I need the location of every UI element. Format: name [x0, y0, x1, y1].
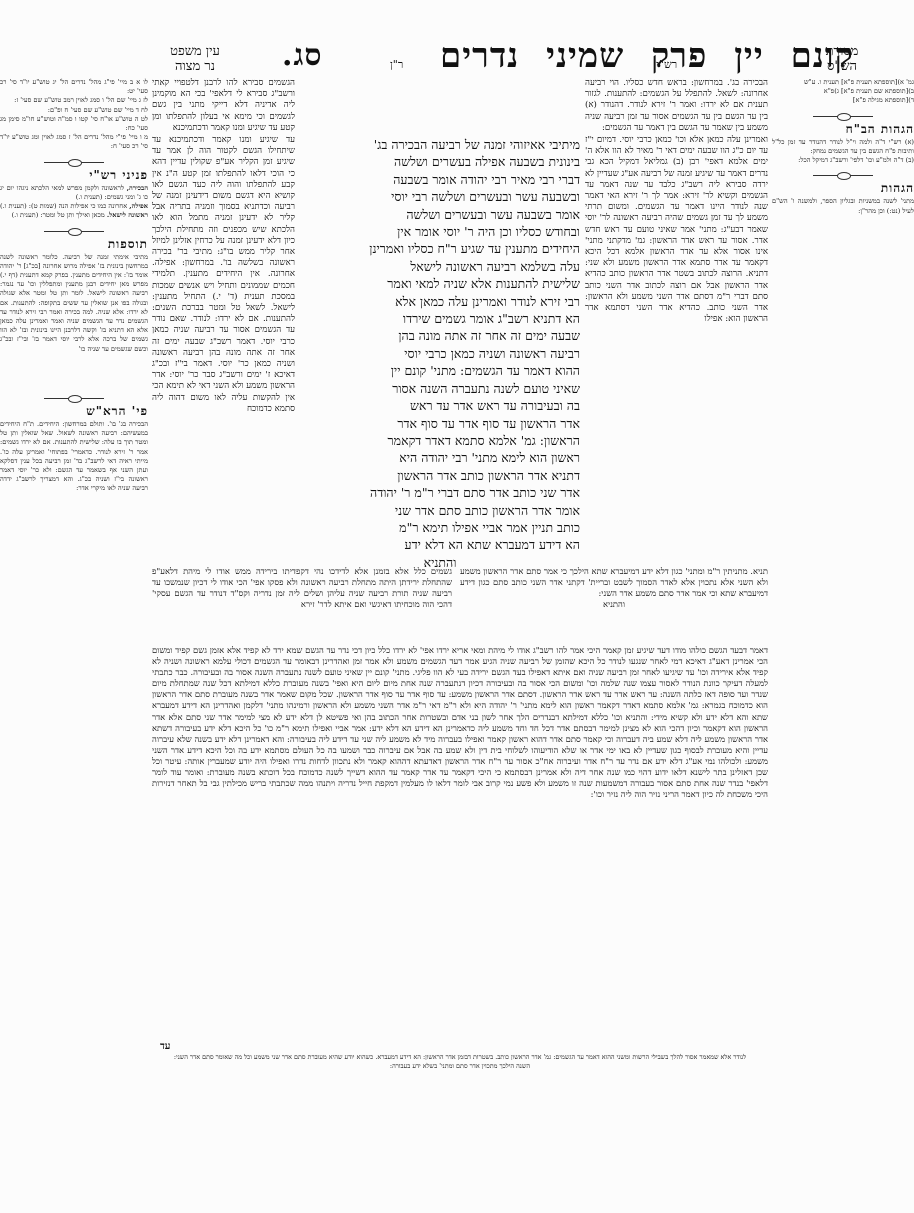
ran-commentary-top: הגשמים סבירא להו לרבנן דלטפויי קאתי ורשב… [152, 78, 295, 135]
pninei-text: אחרונה כמו כי אפילות הנה (שמות ט): [29, 202, 127, 210]
gemara-line: שבעה ימים זה אחר זה אתה מונה בהן [300, 327, 580, 344]
gemara-line: שאיני טועם לשנה נתעברה השנה אסור [300, 380, 580, 397]
ornament-divider [813, 112, 873, 120]
piskei-harosh-text: הבכירה בג' בו'. ותולם במרחשון: היחידים. … [0, 420, 148, 494]
hagahot-title: הגהות [772, 183, 914, 194]
pninei-ref: (תענית ו.) [12, 211, 39, 219]
gemara-line: ובחודש כסליו וכן היה ר' יוסי אומר אין [300, 223, 580, 240]
ein-mishpat-title: עין משפט נר מצוה [140, 44, 250, 74]
ein-mishpat-line: מ ו מיי' פי"י מהל' נדרים הל' ז סמג לאוין… [0, 133, 148, 151]
page-title: קונם יין פרק שמיני נדרים [440, 36, 854, 76]
footnotes: לנודר אלא שמאמר אסור להלך בשבילי הרשות ו… [152, 1053, 768, 1071]
gemara-line: ראשון הוא לימא מתני' רבי יהודה היא [300, 449, 580, 466]
rashi-commentary-top: הבכירה בג'. במרחשון: בראש חדש כסליו. הוי… [585, 78, 768, 135]
pninei-entry: הבכירה, לראשונה ולקמן מפרש למאי הלכתא ני… [0, 184, 148, 202]
rashi-commentary-side: ואמרינן עלה כמאן אלא וכו' כמאן כרבי יוסי… [585, 135, 768, 563]
ran-bottom-left: גשמים כלל אלא בזמנן אלא לדידכו נהי דקפדי… [152, 566, 452, 644]
gemara-line: אומר בשבעה עשר ובעשרים ושלשה [300, 206, 580, 223]
ran-bottom-left-text: גשמים כלל אלא בזמנן אלא לדידכו נהי דקפדי… [152, 566, 452, 610]
gemara-line: רבי זירא לנודר ואמרינן עלה כמאן אלא [300, 293, 580, 310]
gemara-line: דתניא אדר הראשון כותב אדר הראשון [300, 467, 580, 484]
gemara-line: ההוא דאמר עד הגשמים: מתני' קונם יין [300, 362, 580, 379]
tosafot-text: מתיבי אימתי זמנה של רביעה. כלומר ראשונה … [0, 253, 148, 354]
ornament-divider [813, 171, 873, 179]
gemara-line: הא דידע דמעברא שתא הא דלא ידע [300, 536, 580, 553]
ran-bottom-right-text: תניא. מתניתין ר"מ ומתני' כגון דלא ידע דמ… [460, 566, 768, 599]
gemara-line: הא דתניא רשב"ג אומר גשמים שירדו [300, 310, 580, 327]
gemara-line: רביעה ראשונה ושניה כמאן כרבי יוסי [300, 345, 580, 362]
gemara-line: דברי רבי מאיר רבי יהודה אומר בשבעה [300, 171, 580, 188]
gemara-line: בה ובעיבורה עד ראש אדר עד ראש [300, 397, 580, 414]
right-margin: גמ' א)[תוספתא תענית פ"א] תענית ו. ע"ש ב)… [772, 78, 914, 216]
ein-mishpat-line: לח ד מיי' שם טוש"ע שם סעי' ח ופ"ם: [0, 106, 148, 115]
hagahot-entry: (ב) ד"ה ולמ"ע וכו' דלפי' ורשב"ג דמיקל הכ… [772, 156, 914, 165]
footnote-line: לנודר אלא שמאמר אסור להלך בשבילי הרשות ו… [152, 1053, 768, 1062]
ran-header-label: ר"ן [390, 58, 403, 71]
masoret-line: ב)[תוספתא שם תענית פ"א] ג)פ"א [772, 87, 914, 96]
ornament-divider [44, 227, 104, 235]
gemara-line: כותב תניין אמר אביי אפילו תימא ר"מ [300, 519, 580, 536]
left-margin: לו א ב מיי' פי"ג מהל' נדרים הל' יג טוש"ע… [0, 78, 148, 494]
gemara-text: מיתיבי אאיזוהי זמנה של רביעה הבכירה בג' … [300, 136, 580, 571]
pninei-ref: (תענית ו.) [0, 202, 27, 210]
ran-bottom-right: תניא. מתניתין ר"מ ומתני' כגון דלא ידע דמ… [460, 566, 768, 644]
pninei-rashi-title: פניני רש"י [0, 170, 148, 181]
hagahot-text: מתני' לשנה במשניות ובגליון הספר, ולמשנה … [772, 197, 914, 215]
pninei-entry: אפילה, אחרונה כמו כי אפילות הנה (שמות ט)… [0, 202, 148, 211]
gemara-line: שלישית להתענות אלא שניה למאי ואמר [300, 275, 580, 292]
pninei-head: הבכירה, [127, 184, 148, 192]
gemara-line: היחידים מתענין עד שגיע ר"ח כסליו ואמרינן [300, 240, 580, 257]
piskei-harosh-title: פי' הרא"ש [0, 406, 148, 417]
rashi-top-text: הבכירה בג'. במרחשון: בראש חדש כסליו. הוי… [585, 78, 768, 134]
pninei-ref: (תענית ו.) [76, 193, 103, 201]
gemara-line: אומר אדר הראשון כותב סתם אדר שני [300, 502, 580, 519]
pninei-entry: ראשונה לישאל. מכאן ואילך ותן טל ומטר: (ת… [0, 211, 148, 220]
ein-mishpat-line: לו א ב מיי' פי"ג מהל' נדרים הל' יג טוש"ע… [0, 78, 148, 96]
pninei-text: מכאן ואילך ותן טל ומטר: [40, 211, 104, 219]
hagahot-habach-title: הגהות הב"ח [772, 124, 914, 135]
ran-top-text: הגשמים סבירא להו לרבנן דלטפויי קאתי ורשב… [152, 78, 295, 134]
footnote-line: השנה הילכך מתכוין אדר סתם ומתני' בשלא יד… [152, 1062, 768, 1071]
pninei-head: ראשונה לישאל. [107, 211, 148, 219]
ran-bottom-tail: והתניא [460, 599, 768, 610]
gemara-line: עלה בשלמא רביעה ראשונה לישאל [300, 258, 580, 275]
hagahot-habach: (א) רש"י ד"ה ולמה וי"ל לנודר דהנודר עד ז… [772, 138, 914, 166]
gemara-line: בינונית בשבעה אפילה בעשרים ושלשה [300, 153, 580, 170]
ein-mishpat: לו א ב מיי' פי"ג מהל' נדרים הל' יג טוש"ע… [0, 78, 148, 152]
ornament-divider [44, 394, 104, 402]
gemara-line: מיתיבי אאיזוהי זמנה של רביעה הבכירה בג' [300, 136, 580, 153]
ran-full-text: דאמר דבעד הגשם כולהו מודו דעד שיגיע זמן … [152, 645, 768, 800]
ein-mishpat-line: לז ג מיי' שם הל' ו סמג לאוין רמב טוש"ע ש… [0, 96, 148, 105]
daf-number: סג. [282, 38, 322, 73]
catchword: עד [160, 1041, 170, 1052]
gemara-line: אדר הראשון עד סוף אדר עד סוף אדר [300, 415, 580, 432]
tosafot-title: תוספות [0, 239, 148, 250]
ran-full-width: דאמר דבעד הגשם כולהו מודו דעד שיגיע זמן … [152, 645, 768, 1037]
rashi-side-text: ואמרינן עלה כמאן אלא וכו' כמאן כרבי יוסי… [585, 135, 768, 325]
ornament-divider [44, 158, 104, 166]
gemara-line: ובשבעה עשר ובעשרים ושלשה רבי יוסי [300, 188, 580, 205]
ein-mishpat-line: לט ה טוש"ע או"ח סי' קטו ו סמ"ה וטוש"ע חו… [0, 115, 148, 133]
pninei-head: אפילה, [129, 202, 148, 210]
pninei-rashi: הבכירה, לראשונה ולקמן מפרש למאי הלכתא ני… [0, 184, 148, 221]
masoret-line: ד)[תוספתא מגילה פ"א] [772, 96, 914, 105]
masoret-line: גמ' א)[תוספתא תענית פ"א] תענית ו. ע"ש [772, 78, 914, 87]
masoret-hashas: גמ' א)[תוספתא תענית פ"א] תענית ו. ע"ש ב)… [772, 78, 914, 106]
gemara-line: הראשון: גמ' אלמא סתמא דאדר דקאמר [300, 432, 580, 449]
ran-commentary-side: עד שיגיע ומנו קאמר ודכתמיכנא עד שיתחילו … [152, 135, 295, 563]
gemara-line: אדר שני כותב אדר סתם דברי ר"מ ר' יהודה [300, 484, 580, 501]
hagahot-entry: (א) רש"י ד"ה ולמה וי"ל לנודר דהנודר עד ז… [772, 138, 914, 156]
ran-side-text: עד שיגיע ומנו קאמר ודכתמיכנא עד שיתחילו … [152, 135, 295, 415]
